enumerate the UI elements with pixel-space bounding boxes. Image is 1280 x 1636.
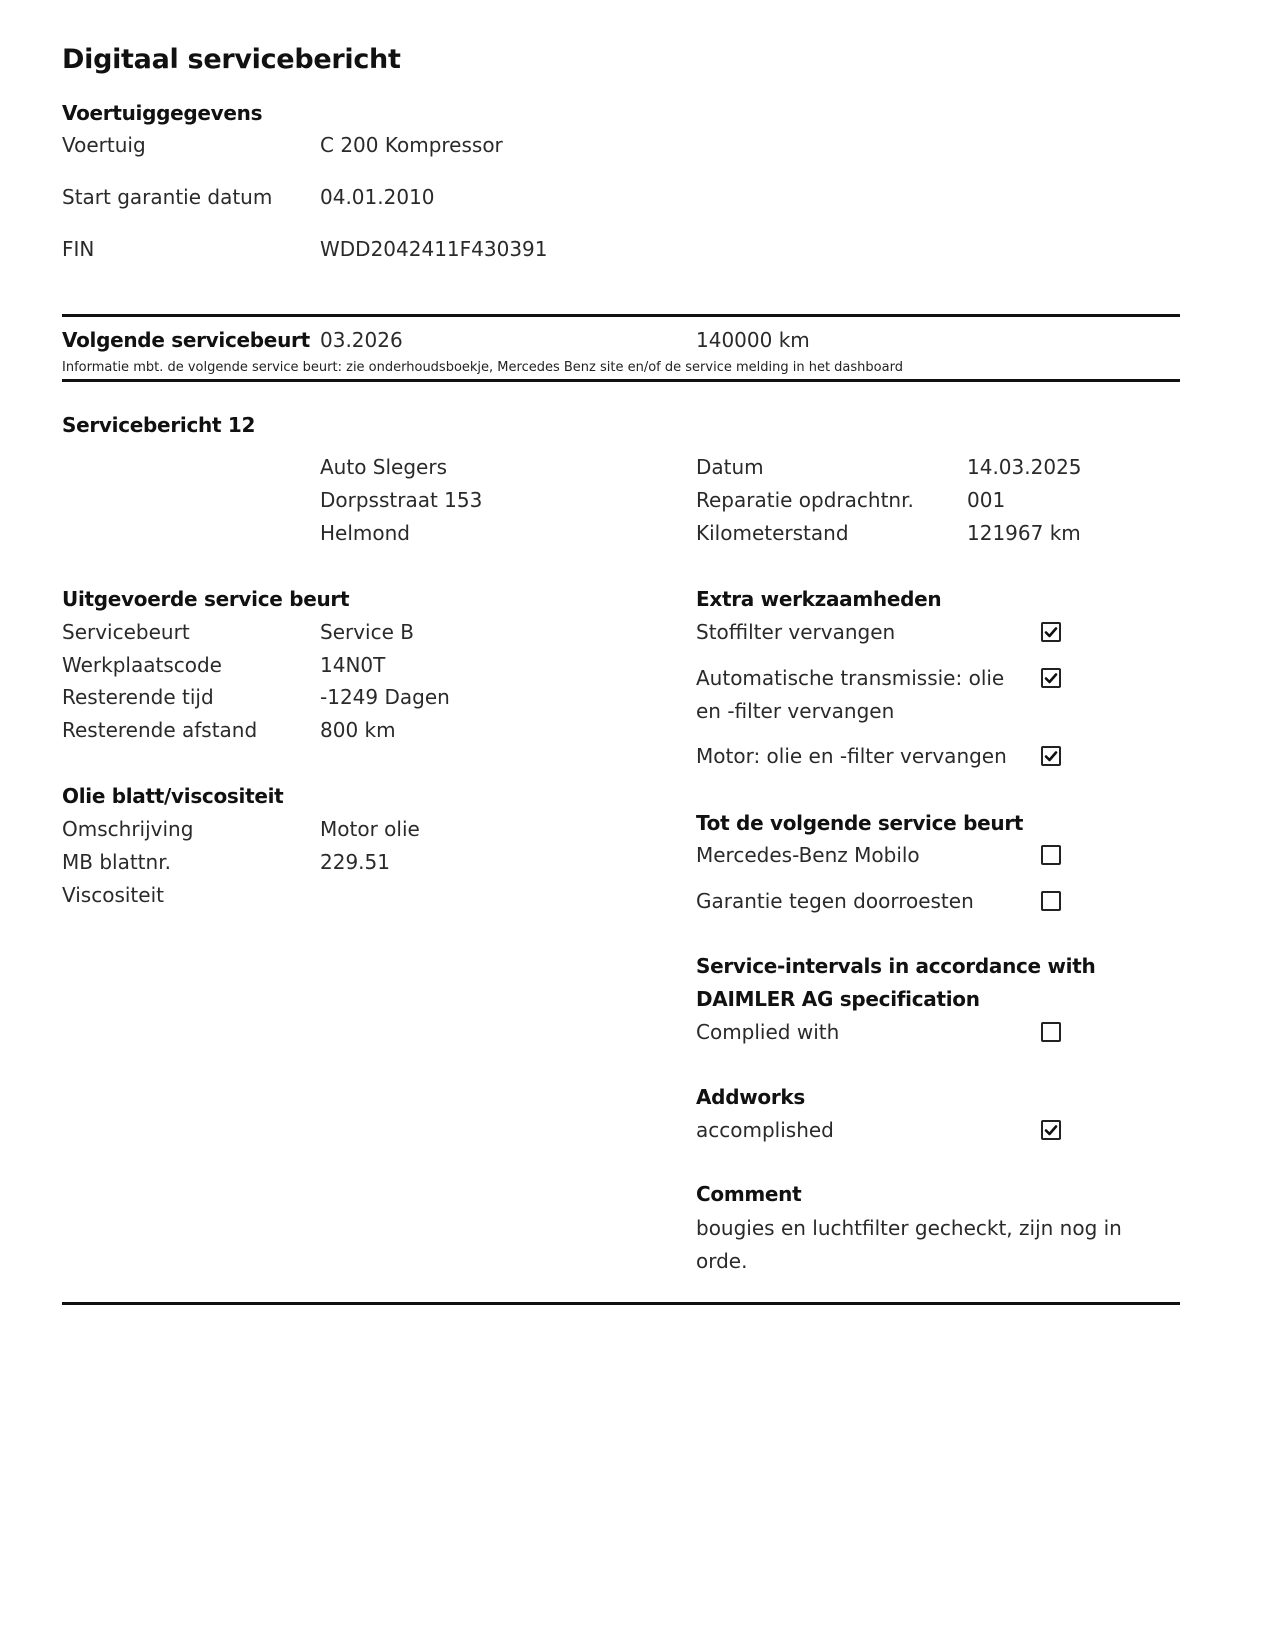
checkmark-icon [1044, 625, 1058, 639]
extra-item-checkbox[interactable] [1041, 622, 1061, 642]
divider-top [62, 314, 1180, 317]
mb-sheet-value: 229.51 [320, 850, 390, 874]
extra-item-label-cont: en -filter vervangen [696, 699, 894, 723]
extra-item-label: Automatische transmissie: olie [696, 666, 1004, 690]
next-service-date: 03.2026 [320, 328, 403, 352]
accomplished-label: accomplished [696, 1118, 834, 1142]
date-value: 14.03.2025 [967, 455, 1082, 479]
next-service-info: Informatie mbt. de volgende service beur… [62, 360, 903, 375]
vehicle-value: C 200 Kompressor [320, 133, 503, 157]
checkmark-icon [1044, 1123, 1058, 1137]
vehicle-heading: Voertuiggegevens [62, 101, 262, 125]
date-label: Datum [696, 455, 764, 479]
accomplished-checkbox[interactable] [1041, 1120, 1061, 1140]
comment-heading: Comment [696, 1182, 801, 1206]
complied-checkbox[interactable] [1041, 1022, 1061, 1042]
divider-end [62, 1302, 1180, 1305]
warranty-start-value: 04.01.2010 [320, 185, 435, 209]
performed-heading: Uitgevoerde service beurt [62, 587, 349, 611]
remaining-distance-label: Resterende afstand [62, 718, 257, 742]
viscosity-label: Viscositeit [62, 883, 164, 907]
extra-item-label: Stoffilter vervangen [696, 620, 895, 644]
odometer-value: 121967 km [967, 521, 1081, 545]
extra-item-checkbox[interactable] [1041, 746, 1061, 766]
dealer-street: Dorpsstraat 153 [320, 488, 482, 512]
service-type-value: Service B [320, 620, 414, 644]
warranty-start-label: Start garantie datum [62, 185, 272, 209]
rust-warranty-label: Garantie tegen doorroesten [696, 889, 974, 913]
page-title: Digitaal servicebericht [62, 44, 401, 75]
mobilo-label: Mercedes-Benz Mobilo [696, 843, 920, 867]
comment-text-cont: orde. [696, 1249, 747, 1273]
report-heading: Servicebericht 12 [62, 413, 255, 437]
fin-label: FIN [62, 237, 94, 261]
mb-sheet-label: MB blattnr. [62, 850, 171, 874]
odometer-label: Kilometerstand [696, 521, 849, 545]
oil-description-label: Omschrijving [62, 817, 193, 841]
addworks-heading: Addworks [696, 1085, 805, 1109]
extra-heading: Extra werkzaamheden [696, 587, 941, 611]
next-service-km: 140000 km [696, 328, 810, 352]
dealer-name: Auto Slegers [320, 455, 447, 479]
service-type-label: Servicebeurt [62, 620, 190, 644]
remaining-time-value: -1249 Dagen [320, 685, 450, 709]
order-number-label: Reparatie opdrachtnr. [696, 488, 914, 512]
checkmark-icon [1044, 749, 1058, 763]
divider-bottom [62, 379, 1180, 382]
remaining-distance-value: 800 km [320, 718, 396, 742]
dealer-city: Helmond [320, 521, 410, 545]
workshop-code-value: 14N0T [320, 653, 385, 677]
workshop-code-label: Werkplaatscode [62, 653, 222, 677]
order-number-value: 001 [967, 488, 1005, 512]
extra-item-label: Motor: olie en -filter vervangen [696, 744, 1007, 768]
until-next-heading: Tot de volgende service beurt [696, 811, 1023, 835]
oil-description-value: Motor olie [320, 817, 420, 841]
rust-warranty-checkbox[interactable] [1041, 891, 1061, 911]
oil-heading: Olie blatt/viscositeit [62, 784, 283, 808]
extra-item-checkbox[interactable] [1041, 668, 1061, 688]
complied-label: Complied with [696, 1020, 839, 1044]
intervals-heading: Service-intervals in accordance with [696, 954, 1095, 978]
next-service-label: Volgende servicebeurt [62, 328, 310, 352]
fin-value: WDD2042411F430391 [320, 237, 548, 261]
checkmark-icon [1044, 671, 1058, 685]
mobilo-checkbox[interactable] [1041, 845, 1061, 865]
remaining-time-label: Resterende tijd [62, 685, 214, 709]
comment-text: bougies en luchtfilter gecheckt, zijn no… [696, 1216, 1122, 1240]
vehicle-label: Voertuig [62, 133, 146, 157]
intervals-heading-cont: DAIMLER AG specification [696, 987, 980, 1011]
